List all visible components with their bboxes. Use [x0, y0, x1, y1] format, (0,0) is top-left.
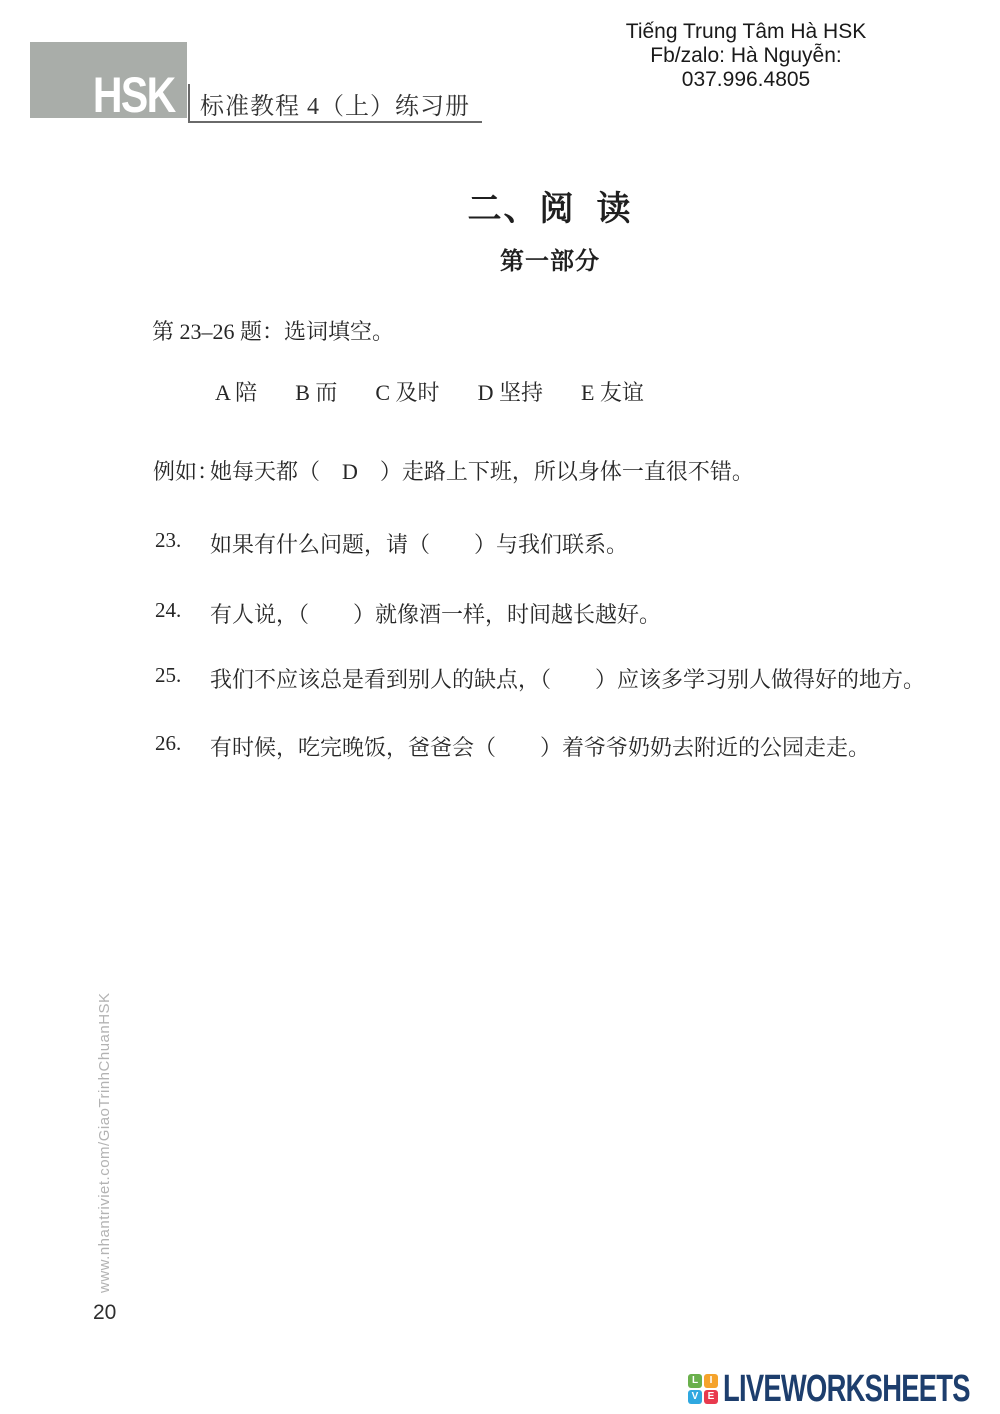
header-horizontal-rule [188, 121, 482, 123]
example-text: 她每天都（ D ）走路上下班，所以身体一直很不错。 [210, 455, 754, 486]
example-row: 例如： 她每天都（ D ）走路上下班，所以身体一直很不错。 [0, 455, 1000, 485]
section-title: 二、阅 读 [155, 181, 945, 230]
option-item-e: E 友谊 [581, 376, 644, 407]
contact-line-2: Fb/zalo: Hà Nguyễn: 037.996.4805 [596, 44, 896, 92]
logo-tile-v: V [688, 1390, 702, 1404]
hsk-logo-text: HSK [93, 73, 175, 117]
question-number: 26. [155, 731, 181, 756]
page-number: 20 [93, 1301, 116, 1325]
liveworksheets-icon: L I V E [688, 1374, 718, 1404]
question-number: 25. [155, 663, 181, 688]
question-row: 24. 有人说，（ ）就像酒一样，时间越长越好。 [0, 598, 1000, 628]
header-vertical-rule [188, 84, 190, 122]
publisher-watermark: www.nhantriviet.com/GiaoTrinhChuanHSK [96, 992, 113, 1293]
worksheet-page: HSK 标准教程 4（上）练习册 Tiếng Trung Tâm Hà HSK … [0, 0, 1000, 1414]
exercise-instructions: 第 23–26 题：选词填空。 [152, 315, 394, 346]
logo-tile-e: E [704, 1390, 718, 1404]
contact-line-1: Tiếng Trung Tâm Hà HSK [596, 20, 896, 44]
question-row: 23. 如果有什么问题，请（ ）与我们联系。 [0, 528, 1000, 558]
question-row: 25. 我们不应该总是看到别人的缺点，（ ）应该多学习别人做得好的地方。 [0, 663, 1000, 693]
liveworksheets-logo[interactable]: L I V E LIVEWORKSHEETS [688, 1370, 1000, 1408]
hsk-logo: HSK [30, 42, 187, 118]
question-number: 24. [155, 598, 181, 623]
option-item-b: B 而 [295, 376, 337, 407]
logo-tile-l: L [688, 1374, 702, 1388]
question-text: 有人说，（ ）就像酒一样，时间越长越好。 [210, 598, 661, 629]
section-part-title: 第一部分 [155, 241, 945, 276]
option-item-a: A 陪 [215, 376, 257, 407]
question-text: 有时候，吃完晚饭，爸爸会（ ）着爷爷奶奶去附近的公园走走。 [210, 731, 870, 762]
book-title: 标准教程 4（上）练习册 [200, 86, 470, 121]
option-item-d: D 坚持 [478, 376, 543, 407]
liveworksheets-wordmark: LIVEWORKSHEETS [723, 1370, 970, 1408]
question-number: 23. [155, 528, 181, 553]
option-item-c: C 及时 [375, 376, 439, 407]
contact-info: Tiếng Trung Tâm Hà HSK Fb/zalo: Hà Nguyễ… [596, 20, 896, 92]
question-row: 26. 有时候，吃完晚饭，爸爸会（ ）着爷爷奶奶去附近的公园走走。 [0, 731, 1000, 761]
word-options: A 陪 B 而 C 及时 D 坚持 E 友谊 [215, 376, 644, 407]
question-text: 我们不应该总是看到别人的缺点，（ ）应该多学习别人做得好的地方。 [210, 663, 925, 694]
logo-tile-i: I [704, 1374, 718, 1388]
question-text: 如果有什么问题，请（ ）与我们联系。 [210, 528, 628, 559]
